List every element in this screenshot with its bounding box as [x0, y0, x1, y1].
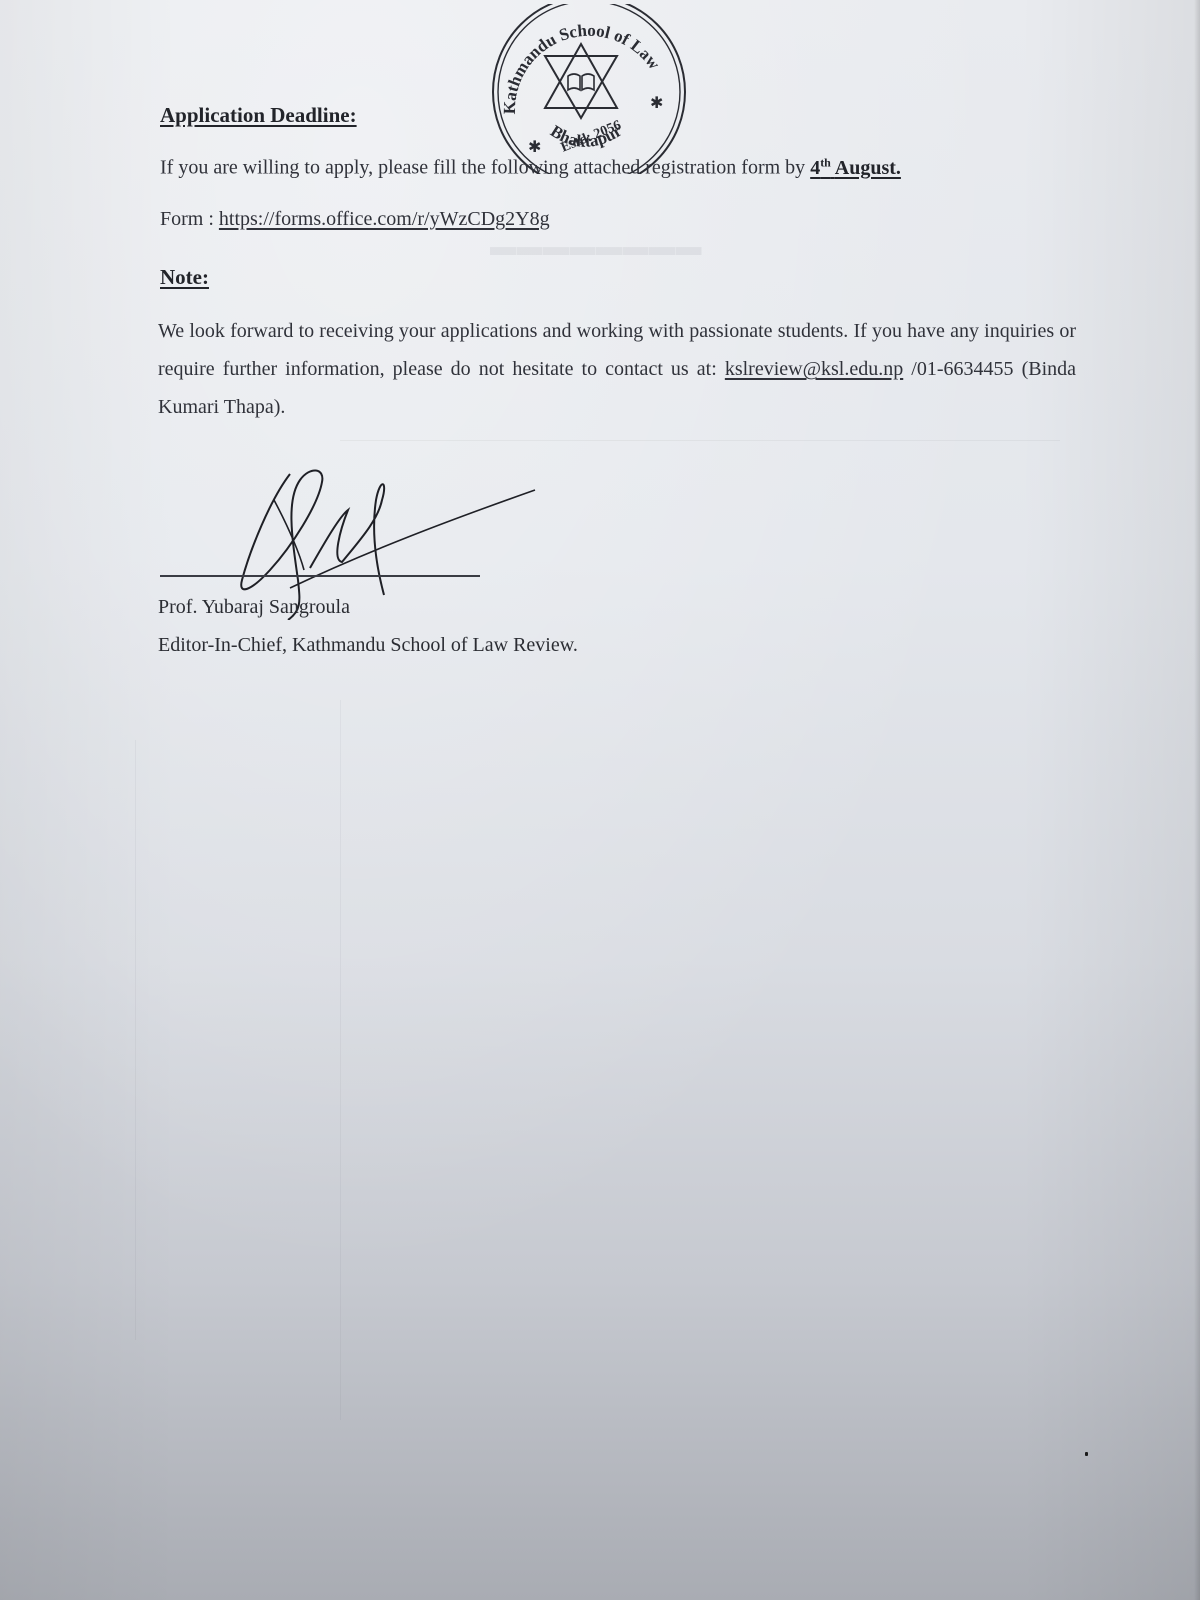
stamp-star-right-icon: ✱: [650, 95, 663, 112]
deadline-paragraph: If you are willing to apply, please fill…: [160, 155, 901, 180]
paper-speck: [1085, 1452, 1088, 1456]
note-heading: Note:: [160, 265, 209, 290]
note-paragraph: We look forward to receiving your applic…: [158, 312, 1076, 426]
form-label: Form :: [160, 208, 219, 230]
svg-text:Kathmandu School of Law: Kathmandu School of Law: [500, 21, 665, 115]
contact-email-link[interactable]: kslreview@ksl.edu.np: [725, 358, 903, 380]
paper-edge: [1194, 0, 1200, 1600]
stamp-star-left-icon: ✱: [528, 139, 541, 156]
deadline-heading: Application Deadline:: [160, 103, 357, 128]
signer-title: Editor-In-Chief, Kathmandu School of Law…: [158, 634, 578, 657]
signature-line: [160, 575, 480, 577]
svg-text:Bhaktapur: Bhaktapur: [547, 121, 625, 151]
deadline-text: If you are willing to apply, please fill…: [160, 157, 810, 179]
school-stamp: Kathmandu School of Law Estd: 2056 Bhakt…: [486, 4, 690, 174]
form-line: Form : https://forms.office.com/r/yWzCDg…: [160, 208, 550, 231]
star-with-book-icon: [545, 44, 617, 118]
stamp-top-text: Kathmandu School of Law: [500, 21, 665, 115]
stamp-bottom-text: Bhaktapur: [547, 121, 625, 151]
deadline-date: 4th August.: [810, 157, 901, 179]
signer-name: Prof. Yubaraj Sangroula: [158, 596, 350, 619]
form-link[interactable]: https://forms.office.com/r/yWzCDg2Y8g: [219, 208, 550, 230]
